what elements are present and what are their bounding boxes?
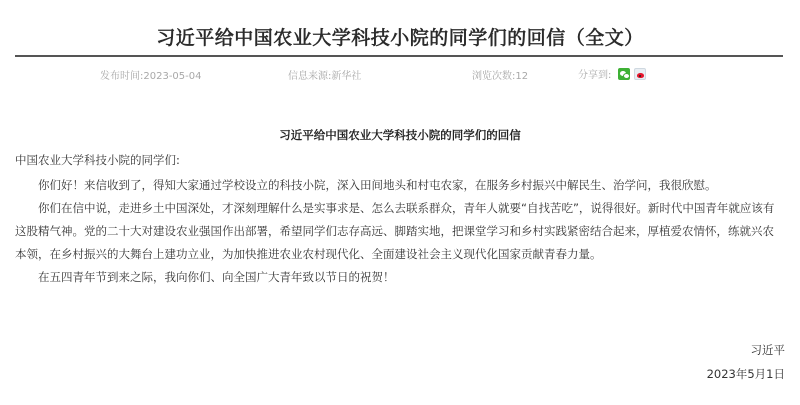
letter-salutation: 中国农业大学科技小院的同学们: — [15, 152, 785, 174]
title-divider — [15, 55, 783, 57]
view-count: 浏览次数:12 — [472, 70, 528, 84]
letter-paragraph: 在五四青年节到来之际，我向你们、向全国广大青年致以节日的祝贺！ — [15, 266, 785, 289]
publish-date: 发布时间:2023-05-04 — [100, 70, 201, 84]
share-label: 分享到: — [578, 66, 611, 81]
letter-body: 中国农业大学科技小院的同学们: 你们好！来信收到了，得知大家通过学校设立的科技小… — [15, 152, 785, 289]
article-title: 习近平给中国农业大学科技小院的同学们的回信（全文） — [0, 26, 800, 50]
letter-signature: 习近平 — [751, 342, 786, 358]
letter-title: 习近平给中国农业大学科技小院的同学们的回信 — [0, 127, 800, 143]
wechat-icon[interactable] — [618, 68, 630, 80]
info-source: 信息来源:新华社 — [288, 70, 361, 84]
weibo-icon[interactable] — [634, 68, 646, 80]
share-bar: 分享到: — [578, 66, 646, 81]
letter-paragraph: 你们好！来信收到了，得知大家通过学校设立的科技小院，深入田间地头和村屯农家，在服… — [15, 174, 785, 197]
letter-paragraph: 你们在信中说，走进乡土中国深处，才深刻理解什么是实事求是、怎么去联系群众，青年人… — [15, 197, 785, 266]
letter-date: 2023年5月1日 — [707, 366, 785, 382]
